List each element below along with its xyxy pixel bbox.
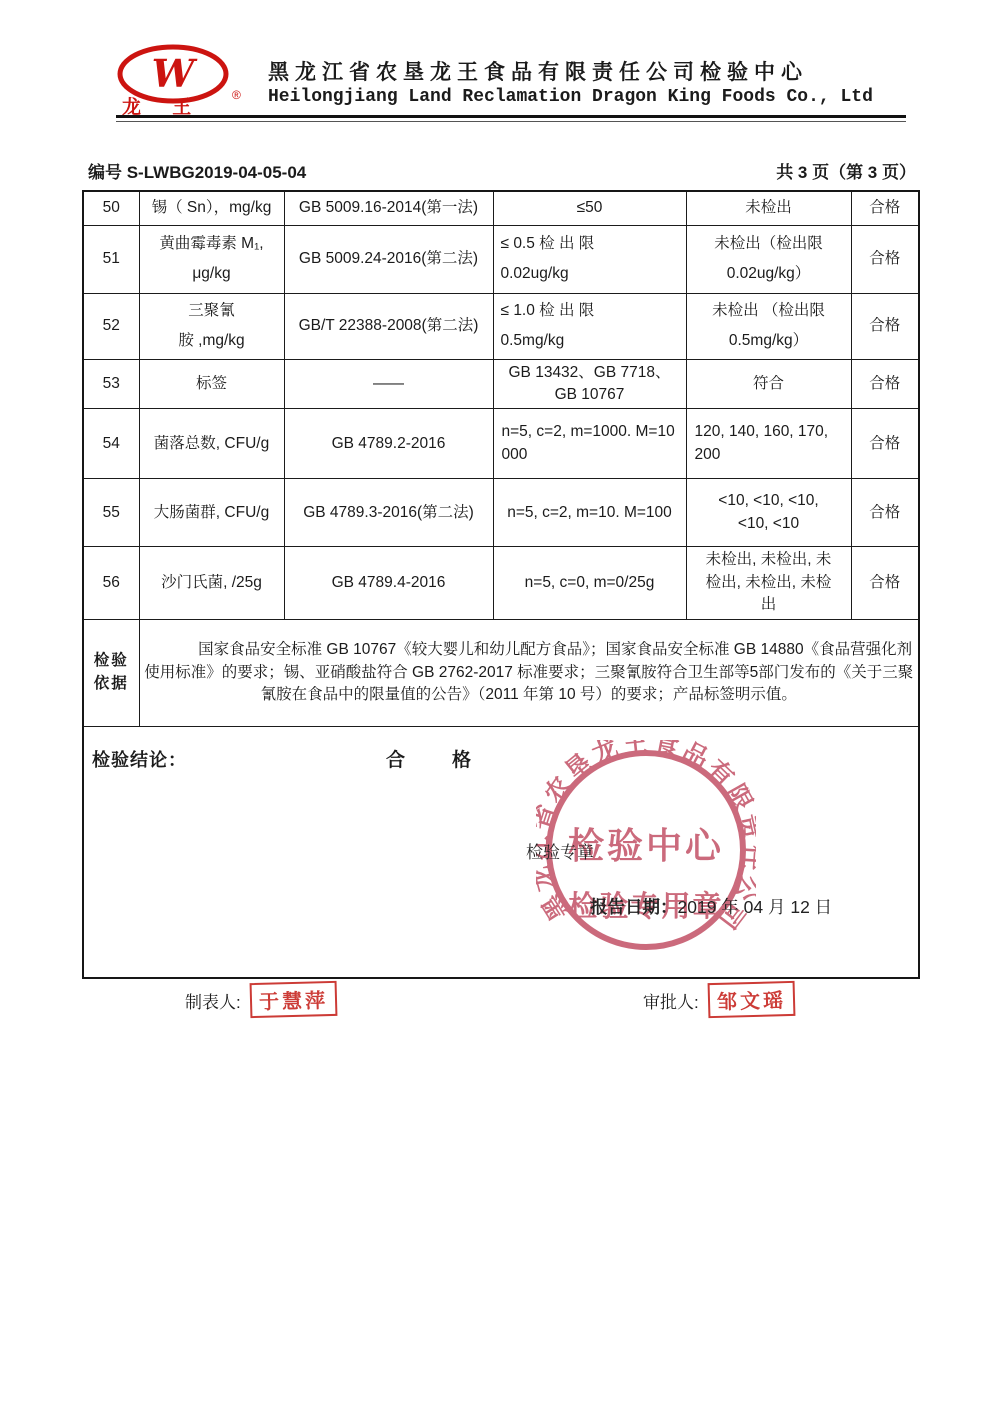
row-item: 标签 — [139, 359, 284, 409]
preparer-group: 制表人: 于慧萍 — [185, 982, 337, 1017]
conclusion-row: 检验结论： 合 格 黑龙江省农垦龙王食品有限责任公司 检验中心 检验专用章 — [83, 726, 919, 978]
signature-footer: 制表人: 于慧萍 审批人: 邹文瑶 — [82, 982, 918, 1030]
preparer-label: 制表人: — [185, 993, 241, 1012]
row-method: GB 4789.2-2016 — [284, 409, 493, 479]
row-conclusion: 合格 — [851, 191, 919, 225]
row-method: GB 4789.3-2016(第二法) — [284, 479, 493, 547]
row-conclusion: 合格 — [851, 547, 919, 619]
table-row: 53 标签 —— GB 13432、GB 7718、 GB 10767 符合 合… — [83, 359, 919, 409]
row-conclusion: 合格 — [851, 225, 919, 293]
row-no: 55 — [83, 479, 139, 547]
table-row: 55 大肠菌群, CFU/g GB 4789.3-2016(第二法) n=5, … — [83, 479, 919, 547]
preparer-stamp: 于慧萍 — [250, 981, 338, 1018]
row-method: GB 5009.16-2014(第一法) — [284, 191, 493, 225]
row-result: 未检出（检出限 0.02ug/kg） — [686, 225, 851, 293]
seal-note: 检验专章 — [526, 841, 594, 866]
row-no: 53 — [83, 359, 139, 409]
approver-group: 审批人: 邹文瑶 — [643, 982, 795, 1017]
row-standard: n=5, c=2, m=1000. M=10 000 — [493, 409, 686, 479]
row-conclusion: 合格 — [851, 359, 919, 409]
row-standard: ≤50 — [493, 191, 686, 225]
row-standard: n=5, c=2, m=10. M=100 — [493, 479, 686, 547]
doc-meta-row: 编号 S-LWBG2019-04-05-04 共 3 页（第 3 页） — [88, 158, 916, 183]
row-method: —— — [284, 359, 493, 409]
row-no: 51 — [83, 225, 139, 293]
row-result: 未检出 — [686, 191, 851, 225]
row-item: 锡（ Sn），mg/kg — [139, 191, 284, 225]
test-results-table: 50 锡（ Sn），mg/kg GB 5009.16-2014(第一法) ≤50… — [82, 190, 920, 979]
logo-letter: W — [152, 51, 198, 96]
approver-stamp: 邹文瑶 — [708, 981, 796, 1018]
row-conclusion: 合格 — [851, 293, 919, 359]
row-result: 未检出 （检出限 0.5mg/kg） — [686, 293, 851, 359]
row-method: GB 5009.24-2016(第二法) — [284, 225, 493, 293]
company-title-cn: 黑龙江省农垦龙王食品有限责任公司检验中心 — [268, 56, 808, 86]
row-item: 三聚氰 胺 ,mg/kg — [139, 293, 284, 359]
company-title-en: Heilongjiang Land Reclamation Dragon Kin… — [268, 87, 873, 107]
row-item: 沙门氏菌, /25g — [139, 547, 284, 619]
row-method: GB/T 22388-2008(第二法) — [284, 293, 493, 359]
conclusion-cell: 检验结论： 合 格 黑龙江省农垦龙王食品有限责任公司 检验中心 检验专用章 — [83, 726, 919, 978]
row-item: 菌落总数, CFU/g — [139, 409, 284, 479]
row-no: 50 — [83, 191, 139, 225]
header-rule-thick — [116, 115, 906, 118]
row-result: 120, 140, 160, 170, 200 — [686, 409, 851, 479]
row-no: 56 — [83, 547, 139, 619]
table-row: 54 菌落总数, CFU/g GB 4789.2-2016 n=5, c=2, … — [83, 409, 919, 479]
row-standard: GB 13432、GB 7718、 GB 10767 — [493, 359, 686, 409]
table-row: 56 沙门氏菌, /25g GB 4789.4-2016 n=5, c=0, m… — [83, 547, 919, 619]
report-date-label: 报告日期： — [590, 897, 678, 917]
row-result: 符合 — [686, 359, 851, 409]
conclusion-label: 检验结论： — [92, 747, 187, 773]
header-rule-thin — [116, 121, 906, 122]
row-standard: ≤ 1.0 检 出 限 0.5mg/kg — [493, 293, 686, 359]
report-date-value: 2019 年 04 月 12 日 — [678, 897, 833, 917]
inspection-report-page: W 龙 王 ® 黑龙江省农垦龙王食品有限责任公司检验中心 Heilongjian… — [0, 0, 992, 1403]
basis-text: 国家食品安全标准 GB 10767《较大婴儿和幼儿配方食品》；国家食品安全标准 … — [139, 619, 919, 726]
approver-label: 审批人: — [643, 993, 699, 1012]
table-row: 52 三聚氰 胺 ,mg/kg GB/T 22388-2008(第二法) ≤ 1… — [83, 293, 919, 359]
conclusion-value: 合 格 — [386, 747, 485, 775]
page-indicator: 共 3 页（第 3 页） — [776, 158, 916, 183]
table-row: 50 锡（ Sn），mg/kg GB 5009.16-2014(第一法) ≤50… — [83, 191, 919, 225]
row-conclusion: 合格 — [851, 409, 919, 479]
basis-label: 检验依据 — [83, 619, 139, 726]
row-no: 52 — [83, 293, 139, 359]
row-standard: ≤ 0.5 检 出 限 0.02ug/kg — [493, 225, 686, 293]
row-standard: n=5, c=0, m=0/25g — [493, 547, 686, 619]
row-no: 54 — [83, 409, 139, 479]
registered-mark-icon: ® — [232, 88, 241, 102]
table-row: 51 黄曲霉毒素 M₁, μg/kg GB 5009.24-2016(第二法) … — [83, 225, 919, 293]
doc-number: 编号 S-LWBG2019-04-05-04 — [88, 158, 306, 183]
row-conclusion: 合格 — [851, 479, 919, 547]
dragon-king-logo: W 龙 王 ® — [116, 44, 256, 120]
basis-row: 检验依据 国家食品安全标准 GB 10767《较大婴儿和幼儿配方食品》；国家食品… — [83, 619, 919, 726]
row-item: 黄曲霉毒素 M₁, μg/kg — [139, 225, 284, 293]
row-item: 大肠菌群, CFU/g — [139, 479, 284, 547]
report-date: 报告日期：2019 年 04 月 12 日 — [590, 895, 832, 920]
row-result: <10, <10, <10, <10, <10 — [686, 479, 851, 547]
row-result: 未检出, 未检出, 未 检出, 未检出, 未检 出 — [686, 547, 851, 619]
row-method: GB 4789.4-2016 — [284, 547, 493, 619]
